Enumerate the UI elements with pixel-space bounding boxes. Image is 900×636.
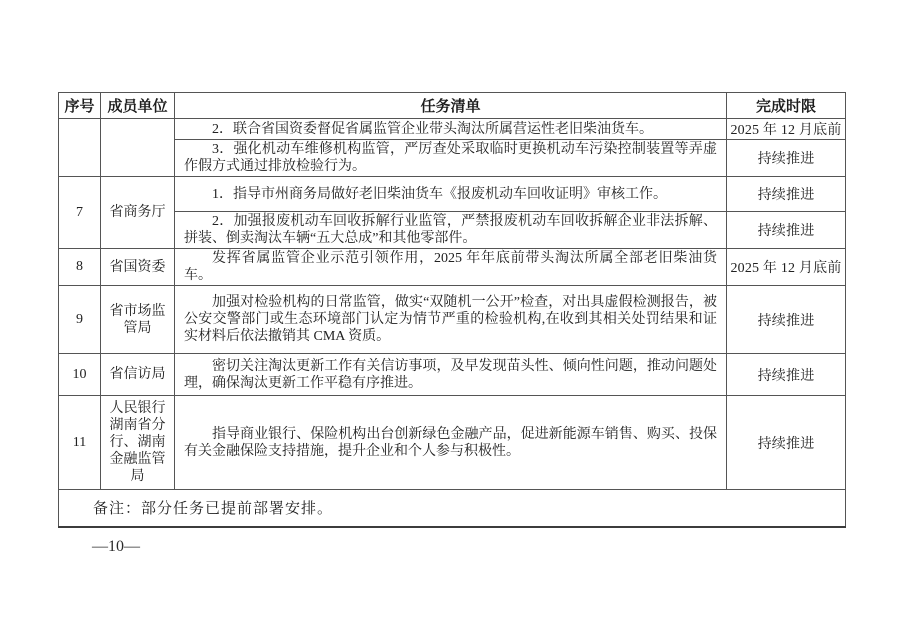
- task-cell: 2．联合省国资委督促省属监管企业带头淘汰所属营运性老旧柴油货车。: [175, 119, 727, 140]
- deadline-cell: 持续推进: [727, 212, 846, 249]
- task-text: 加强对检验机构的日常监管，做实“双随机一公开”检查，对出具虚假检测报告，被公安交…: [184, 294, 717, 345]
- task-cell: 3．强化机动车维修机构监管，严厉查处采取临时更换机动车污染控制装置等弄虚作假方式…: [175, 140, 727, 177]
- deadline-cell: 持续推进: [727, 286, 846, 354]
- seq-cell: 8: [59, 249, 101, 286]
- deadline-cell: 持续推进: [727, 396, 846, 490]
- member-cell: 省市场监管局: [101, 286, 175, 354]
- header-deadline: 完成时限: [727, 93, 846, 119]
- header-member: 成员单位: [101, 93, 175, 119]
- task-cell: 加强对检验机构的日常监管，做实“双随机一公开”检查，对出具虚假检测报告，被公安交…: [175, 286, 727, 354]
- table-row: 11 人民银行湖南省分行、湖南金融监管局 指导商业银行、保险机构出台创新绿色金融…: [59, 396, 846, 490]
- task-text: 2．联合省国资委督促省属监管企业带头淘汰所属营运性老旧柴油货车。: [184, 121, 717, 138]
- task-text: 指导商业银行、保险机构出台创新绿色金融产品，促进新能源车销售、购买、投保有关金融…: [184, 426, 717, 460]
- table-row: 2．加强报废机动车回收拆解行业监管，严禁报废机动车回收拆解企业非法拆解、拼装、倒…: [59, 212, 846, 249]
- task-cell: 2．加强报废机动车回收拆解行业监管，严禁报废机动车回收拆解企业非法拆解、拼装、倒…: [175, 212, 727, 249]
- deadline-cell: 持续推进: [727, 140, 846, 177]
- task-text: 3．强化机动车维修机构监管，严厉查处采取临时更换机动车污染控制装置等弄虚作假方式…: [184, 141, 717, 175]
- task-cell: 密切关注淘汰更新工作有关信访事项，及早发现苗头性、倾向性问题，推动问题处理，确保…: [175, 354, 727, 396]
- table-row: 8 省国资委 发挥省属监管企业示范引领作用，2025 年年底前带头淘汰所属全部老…: [59, 249, 846, 286]
- member-cell: 省信访局: [101, 354, 175, 396]
- task-text: 1．指导市州商务局做好老旧柴油货车《报废机动车回收证明》审核工作。: [184, 186, 717, 203]
- task-cell: 1．指导市州商务局做好老旧柴油货车《报废机动车回收证明》审核工作。: [175, 177, 727, 212]
- task-assignment-table: 序号 成员单位 任务清单 完成时限 2．联合省国资委督促省属监管企业带头淘汰所属…: [58, 92, 846, 528]
- task-text: 发挥省属监管企业示范引领作用，2025 年年底前带头淘汰所属全部老旧柴油货车。: [184, 250, 717, 284]
- table-note-row: 备注：部分任务已提前部署安排。: [59, 490, 846, 527]
- member-cell: [101, 119, 175, 177]
- task-cell: 发挥省属监管企业示范引领作用，2025 年年底前带头淘汰所属全部老旧柴油货车。: [175, 249, 727, 286]
- deadline-cell: 持续推进: [727, 354, 846, 396]
- table-row: 10 省信访局 密切关注淘汰更新工作有关信访事项，及早发现苗头性、倾向性问题，推…: [59, 354, 846, 396]
- deadline-cell: 2025 年 12 月底前: [727, 119, 846, 140]
- seq-cell: [59, 119, 101, 177]
- deadline-cell: 2025 年 12 月底前: [727, 249, 846, 286]
- table-row: 9 省市场监管局 加强对检验机构的日常监管，做实“双随机一公开”检查，对出具虚假…: [59, 286, 846, 354]
- deadline-cell: 持续推进: [727, 177, 846, 212]
- task-cell: 指导商业银行、保险机构出台创新绿色金融产品，促进新能源车销售、购买、投保有关金融…: [175, 396, 727, 490]
- member-cell: 人民银行湖南省分行、湖南金融监管局: [101, 396, 175, 490]
- table-row: 7 省商务厅 1．指导市州商务局做好老旧柴油货车《报废机动车回收证明》审核工作。…: [59, 177, 846, 212]
- member-cell: 省商务厅: [101, 177, 175, 249]
- seq-cell: 11: [59, 396, 101, 490]
- page-number: —10—: [92, 538, 140, 556]
- seq-cell: 10: [59, 354, 101, 396]
- seq-cell: 7: [59, 177, 101, 249]
- seq-cell: 9: [59, 286, 101, 354]
- note-cell: 备注：部分任务已提前部署安排。: [59, 490, 846, 527]
- header-tasks: 任务清单: [175, 93, 727, 119]
- table-header-row: 序号 成员单位 任务清单 完成时限: [59, 93, 846, 119]
- header-seq: 序号: [59, 93, 101, 119]
- member-cell: 省国资委: [101, 249, 175, 286]
- table-row: 2．联合省国资委督促省属监管企业带头淘汰所属营运性老旧柴油货车。 2025 年 …: [59, 119, 846, 140]
- table-row: 3．强化机动车维修机构监管，严厉查处采取临时更换机动车污染控制装置等弄虚作假方式…: [59, 140, 846, 177]
- task-text: 密切关注淘汰更新工作有关信访事项，及早发现苗头性、倾向性问题，推动问题处理，确保…: [184, 358, 717, 392]
- task-text: 2．加强报废机动车回收拆解行业监管，严禁报废机动车回收拆解企业非法拆解、拼装、倒…: [184, 213, 717, 247]
